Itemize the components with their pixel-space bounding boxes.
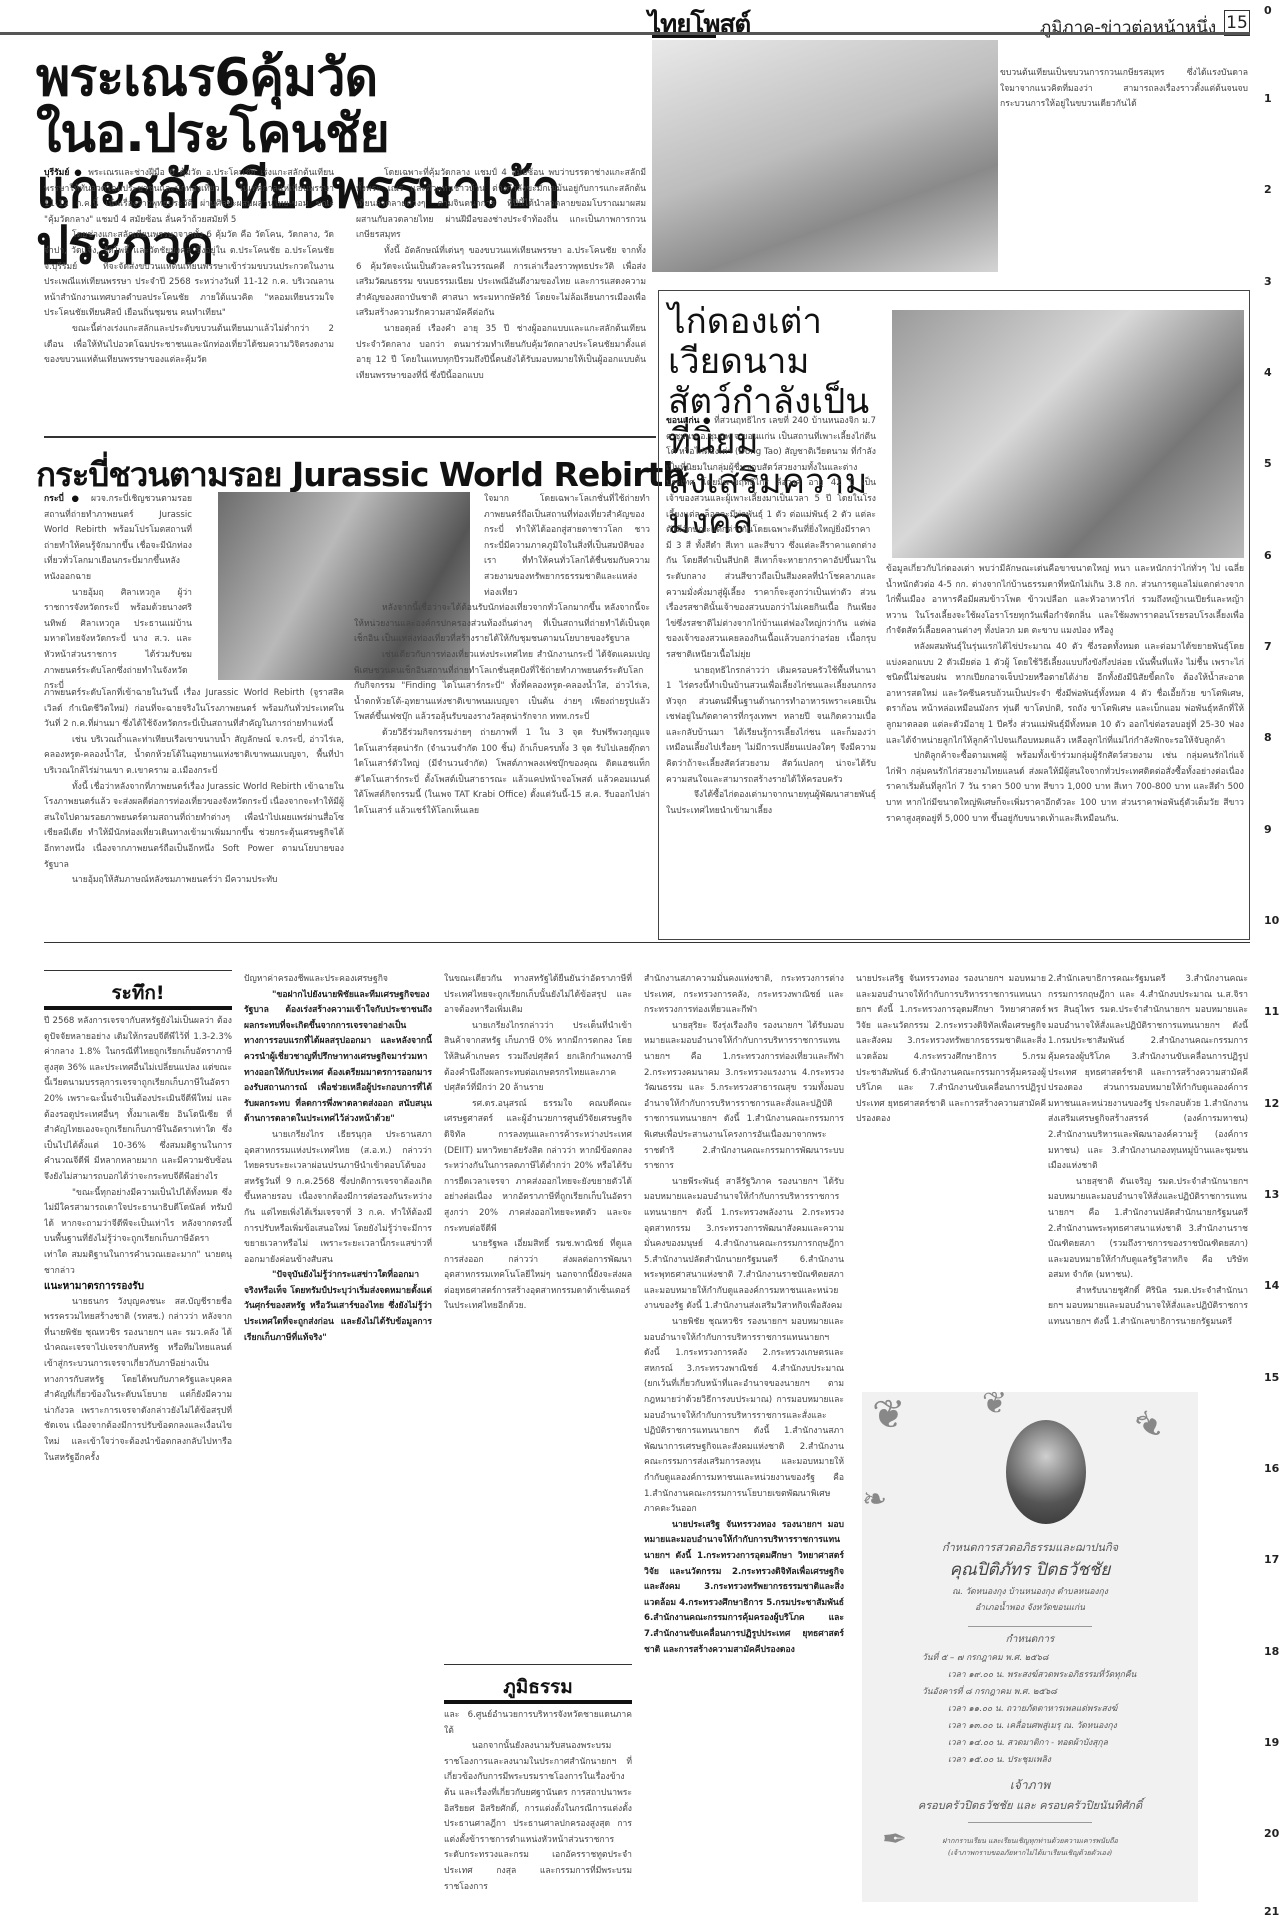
margin-number: 6 bbox=[1264, 549, 1272, 562]
memorial-name: คุณปิติภัทร ปิตธวัชชัย bbox=[862, 1556, 1198, 1583]
phumitham-column-2: สำนักงานสภาความมั่นคงแห่งชาติ, กระทรวงกา… bbox=[644, 972, 844, 1914]
margin-number: 13 bbox=[1264, 1188, 1279, 1201]
column-title-rule-top bbox=[44, 970, 232, 971]
story1-column-3: ขบวนต้นเทียนเป็นขบวนการกวนเกษียรสมุทร ซึ… bbox=[1000, 66, 1248, 270]
schedule-list: วันที่ ๕ – ๗ กรกฎาคม พ.ศ. ๒๕๖๘ เวลา ๑๙.๐… bbox=[922, 1650, 1182, 1769]
column-title-rule-bottom bbox=[44, 1006, 232, 1010]
memorial-heading: กำหนดการสวดอภิธรรมและฌาปนกิจ bbox=[862, 1538, 1198, 1556]
margin-number: 4 bbox=[1264, 366, 1272, 379]
story-divider bbox=[44, 436, 656, 438]
memorial-footnote: ฝากกราบเรียน และเรียนเชิญทุกท่านด้วยความ… bbox=[862, 1836, 1198, 1847]
margin-number: 12 bbox=[1264, 1097, 1279, 1110]
margin-number: 9 bbox=[1264, 823, 1272, 836]
margin-number: 17 bbox=[1264, 1553, 1279, 1566]
margin-number: 16 bbox=[1264, 1462, 1279, 1475]
host-title: เจ้าภาพ bbox=[862, 1776, 1198, 1795]
masthead-rule bbox=[0, 32, 1250, 35]
story3-column-1: ขอนแก่น ● ที่สวนฤทธิไกร เลขที่ 240 บ้านห… bbox=[666, 414, 876, 934]
phumitham-column-3: นายประเสริฐ จันทรรวงทอง รองนายกฯ มอบหมาย… bbox=[856, 972, 1046, 1382]
newspaper-logo: ไทยโพสต์ bbox=[648, 4, 750, 45]
column-title-rule-top bbox=[444, 1664, 632, 1665]
column-title-rule-bottom bbox=[444, 1700, 632, 1704]
memorial-location: ณ. วัดหนองกุง บ้านหนองกุง ตำบลหนองกุง bbox=[862, 1584, 1198, 1598]
margin-number: 7 bbox=[1264, 640, 1272, 653]
memorial-footnote: (เจ้าภาพกราบขออภัยหากไม่ได้มาเรียนเชิญด้… bbox=[862, 1848, 1198, 1859]
rathuek-column-2: ปัญหาค่าครองชีพและประคองเศรษฐกิจ "ขอฝากไ… bbox=[244, 972, 432, 1914]
story1-column-2: โดยเฉพาะที่คุ้มวัดกลาง แชมป์ 4 สมัยซ้อน … bbox=[356, 166, 646, 434]
margin-number: 2 bbox=[1264, 183, 1272, 196]
column-title-phumitham: ภูมิธรรม bbox=[444, 1672, 632, 1702]
margin-number: 20 bbox=[1264, 1827, 1279, 1840]
deceased-portrait bbox=[1006, 1420, 1086, 1524]
margin-number: 8 bbox=[1264, 731, 1272, 744]
margin-number: 10 bbox=[1264, 914, 1279, 927]
subhead: แนะหามาตรการรองรับ bbox=[44, 1279, 232, 1295]
memorial-location: อำเภอน้ำพอง จังหวัดขอนแก่น bbox=[862, 1600, 1198, 1614]
story2-wide-column: ภาพยนตร์ระดับโลกที่เข้าฉายในวันนี้ เรื่อ… bbox=[44, 686, 344, 938]
column-title-rathuek: ระทึก! bbox=[44, 978, 232, 1008]
leaf-decoration-icon: ❧ bbox=[1121, 1397, 1176, 1454]
margin-number: 15 bbox=[1264, 1371, 1279, 1384]
phumitham-column-1: และ 6.ศูนย์อำนวยการบริหารจังหวัดชายแดนภา… bbox=[444, 1708, 632, 1914]
leaf-decoration-icon: ❦ bbox=[982, 1386, 1007, 1421]
rathuek-column-3: ในขณะเดียวกัน ทางสหรัฐได้ยืนยันว่าอัตราภ… bbox=[444, 972, 632, 1620]
story2-column-3: ใจมาก โดยเฉพาะโลเกชั่นที่ใช้ถ่ายทำภาพยนต… bbox=[354, 492, 650, 932]
margin-number: 0 bbox=[1264, 4, 1272, 17]
ornament-divider bbox=[968, 1626, 1092, 1627]
memorial-announcement: ❦ ❧ ❦ ❧ กำหนดการสวดอภิธรรมและฌาปนกิจ คุณ… bbox=[862, 1392, 1198, 1902]
story3-column-2: ข้อมูลเกี่ยวกับไก่ดองเต่า พบว่ามีลักษณะเ… bbox=[886, 562, 1244, 936]
leaf-decoration-icon: ❦ bbox=[872, 1392, 906, 1438]
margin-number: 3 bbox=[1264, 275, 1272, 288]
rathuek-column-1: ปี 2568 หลังการเจรจากับสหรัฐยังไม่เป็นผล… bbox=[44, 1014, 232, 1914]
story1-column-1: บุรีรัมย์ ● พระเณรและช่างฝีมือ 6 คุ้มวัด… bbox=[44, 166, 334, 434]
margin-number: 18 bbox=[1264, 1645, 1279, 1658]
margin-number: 11 bbox=[1264, 1005, 1279, 1018]
leaf-decoration-icon: ❧ bbox=[862, 1482, 887, 1517]
margin-number: 14 bbox=[1264, 1279, 1279, 1292]
margin-number: 21 bbox=[1264, 1905, 1279, 1918]
candle-carving-photo bbox=[652, 40, 998, 272]
schedule-title: กำหนดการ bbox=[862, 1632, 1198, 1647]
margin-number: 5 bbox=[1264, 457, 1272, 470]
ornament-divider bbox=[968, 1822, 1092, 1823]
phumitham-column-4: 2.สำนักเลขาธิการคณะรัฐมนตรี 3.สำนักงานคณ… bbox=[1048, 972, 1248, 1382]
section-title: ภูมิภาค-ข่าวต่อหน้าหนึ่ง bbox=[1040, 14, 1216, 41]
dong-tao-chicken-photo bbox=[892, 310, 1244, 558]
margin-number: 1 bbox=[1264, 92, 1272, 105]
section-divider bbox=[44, 942, 1250, 943]
margin-number: 19 bbox=[1264, 1736, 1279, 1749]
hosts: ครอบครัวปิตธวัชชัย และ ครอบครัวปิยนันทิศ… bbox=[862, 1796, 1198, 1814]
